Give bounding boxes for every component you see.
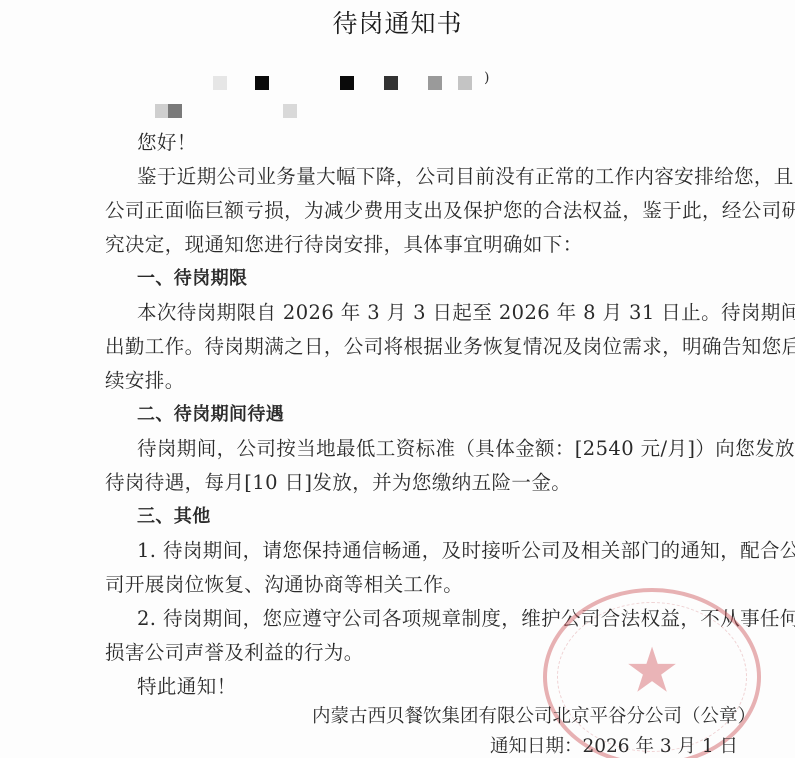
- section-heading-term: 一、待岗期限: [137, 267, 247, 291]
- company-seal: ★: [543, 588, 761, 758]
- redaction-block: [283, 104, 297, 118]
- redaction-block: [213, 76, 227, 90]
- section-heading-other: 三、其他: [137, 505, 211, 529]
- section-line: 损害公司声誉及利益的行为。: [105, 641, 364, 665]
- redacted-recipient-row-2: [0, 104, 795, 124]
- redaction-block: [155, 104, 169, 118]
- closing-text: 特此通知！: [137, 675, 237, 699]
- section-line: 出勤工作。待岗期满之日，公司将根据业务恢复情况及岗位需求，明确告知您后: [105, 335, 795, 359]
- redaction-block: [255, 76, 269, 90]
- redaction-block: [458, 76, 472, 90]
- company-signature: 内蒙古西贝餐饮集团有限公司北京平谷分公司（公章）: [312, 705, 756, 729]
- intro-line: 公司正面临巨额亏损，为减少费用支出及保护您的合法权益，鉴于此，经公司研: [105, 199, 795, 223]
- redaction-block: [384, 76, 398, 90]
- notice-date: 通知日期：2026 年 3 月 1 日: [490, 735, 738, 758]
- redaction-block: [340, 76, 354, 90]
- section-line: 待岗待遇，每月[10 日]发放，并为您缴纳五险一金。: [105, 471, 571, 495]
- section-line: 续安排。: [105, 369, 185, 393]
- section-line: 本次待岗期限自 2026 年 3 月 3 日起至 2026 年 8 月 31 日…: [137, 301, 795, 325]
- section-heading-pay: 二、待岗期间待遇: [137, 403, 284, 427]
- recipient-paren: ): [484, 70, 489, 86]
- intro-line: 鉴于近期公司业务量大幅下降，公司目前没有正常的工作内容安排给您，且: [137, 165, 794, 189]
- section-line: 待岗期间，公司按当地最低工资标准（具体金额：[2540 元/月]）向您发放: [137, 437, 795, 461]
- section-line: 1. 待岗期间，请您保持通信畅通，及时接听公司及相关部门的通知，配合公: [137, 539, 795, 563]
- redaction-block: [428, 76, 442, 90]
- section-line: 司开展岗位恢复、沟通协商等相关工作。: [105, 573, 463, 597]
- star-icon: ★: [624, 634, 680, 707]
- redaction-block: [168, 104, 182, 118]
- redacted-recipient-row-1: ): [0, 76, 795, 96]
- intro-line: 究决定，现通知您进行待岗安排，具体事宜明确如下：: [105, 233, 583, 257]
- greeting: 您好！: [137, 131, 197, 155]
- document-title: 待岗通知书: [0, 4, 795, 40]
